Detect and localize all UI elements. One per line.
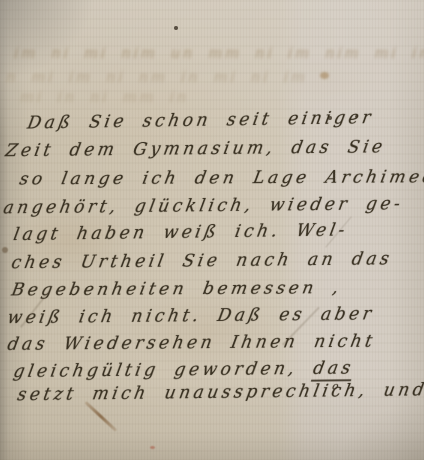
manuscript-line: so lange ich den Lage Archimede- xyxy=(18,167,424,189)
manuscript-line: weiß ich nicht. Daß es aber xyxy=(6,304,376,328)
underlined-word: das o xyxy=(311,358,356,381)
manuscript-line-text: gleichgültig geworden, xyxy=(12,359,315,382)
manuscript-line: angehört, glücklich, wieder ge- xyxy=(2,194,405,218)
underlined-word-text: das xyxy=(312,358,356,378)
manuscript-photo: im ni mi nim un mm ni im nim mi in nm mi… xyxy=(0,0,424,460)
manuscript-line: gleichgültig geworden, das o xyxy=(12,358,356,382)
foxing-spot xyxy=(355,115,358,118)
manuscript-line: Begebenheiten bemessen , xyxy=(10,278,344,300)
foxing-spot xyxy=(328,116,332,120)
bleedthrough-line: n mi im ni nm in mi ni im xyxy=(5,68,309,86)
manuscript-line: das Wiedersehen Ihnen nicht xyxy=(6,331,378,354)
foxing-spot xyxy=(174,26,178,30)
foxing-spot xyxy=(2,247,8,253)
foxing-spot xyxy=(320,72,329,79)
bleedthrough-line: im ni mi nim un mm ni im nim mi in nm mi xyxy=(13,44,424,62)
bleedthrough-line: mi in ni mm in xyxy=(19,88,190,106)
foxing-spot xyxy=(150,446,155,449)
manuscript-line: ches Urtheil Sie nach an das xyxy=(10,249,394,273)
manuscript-line: Zeit dem Gymnasium, das Sie xyxy=(4,137,388,161)
